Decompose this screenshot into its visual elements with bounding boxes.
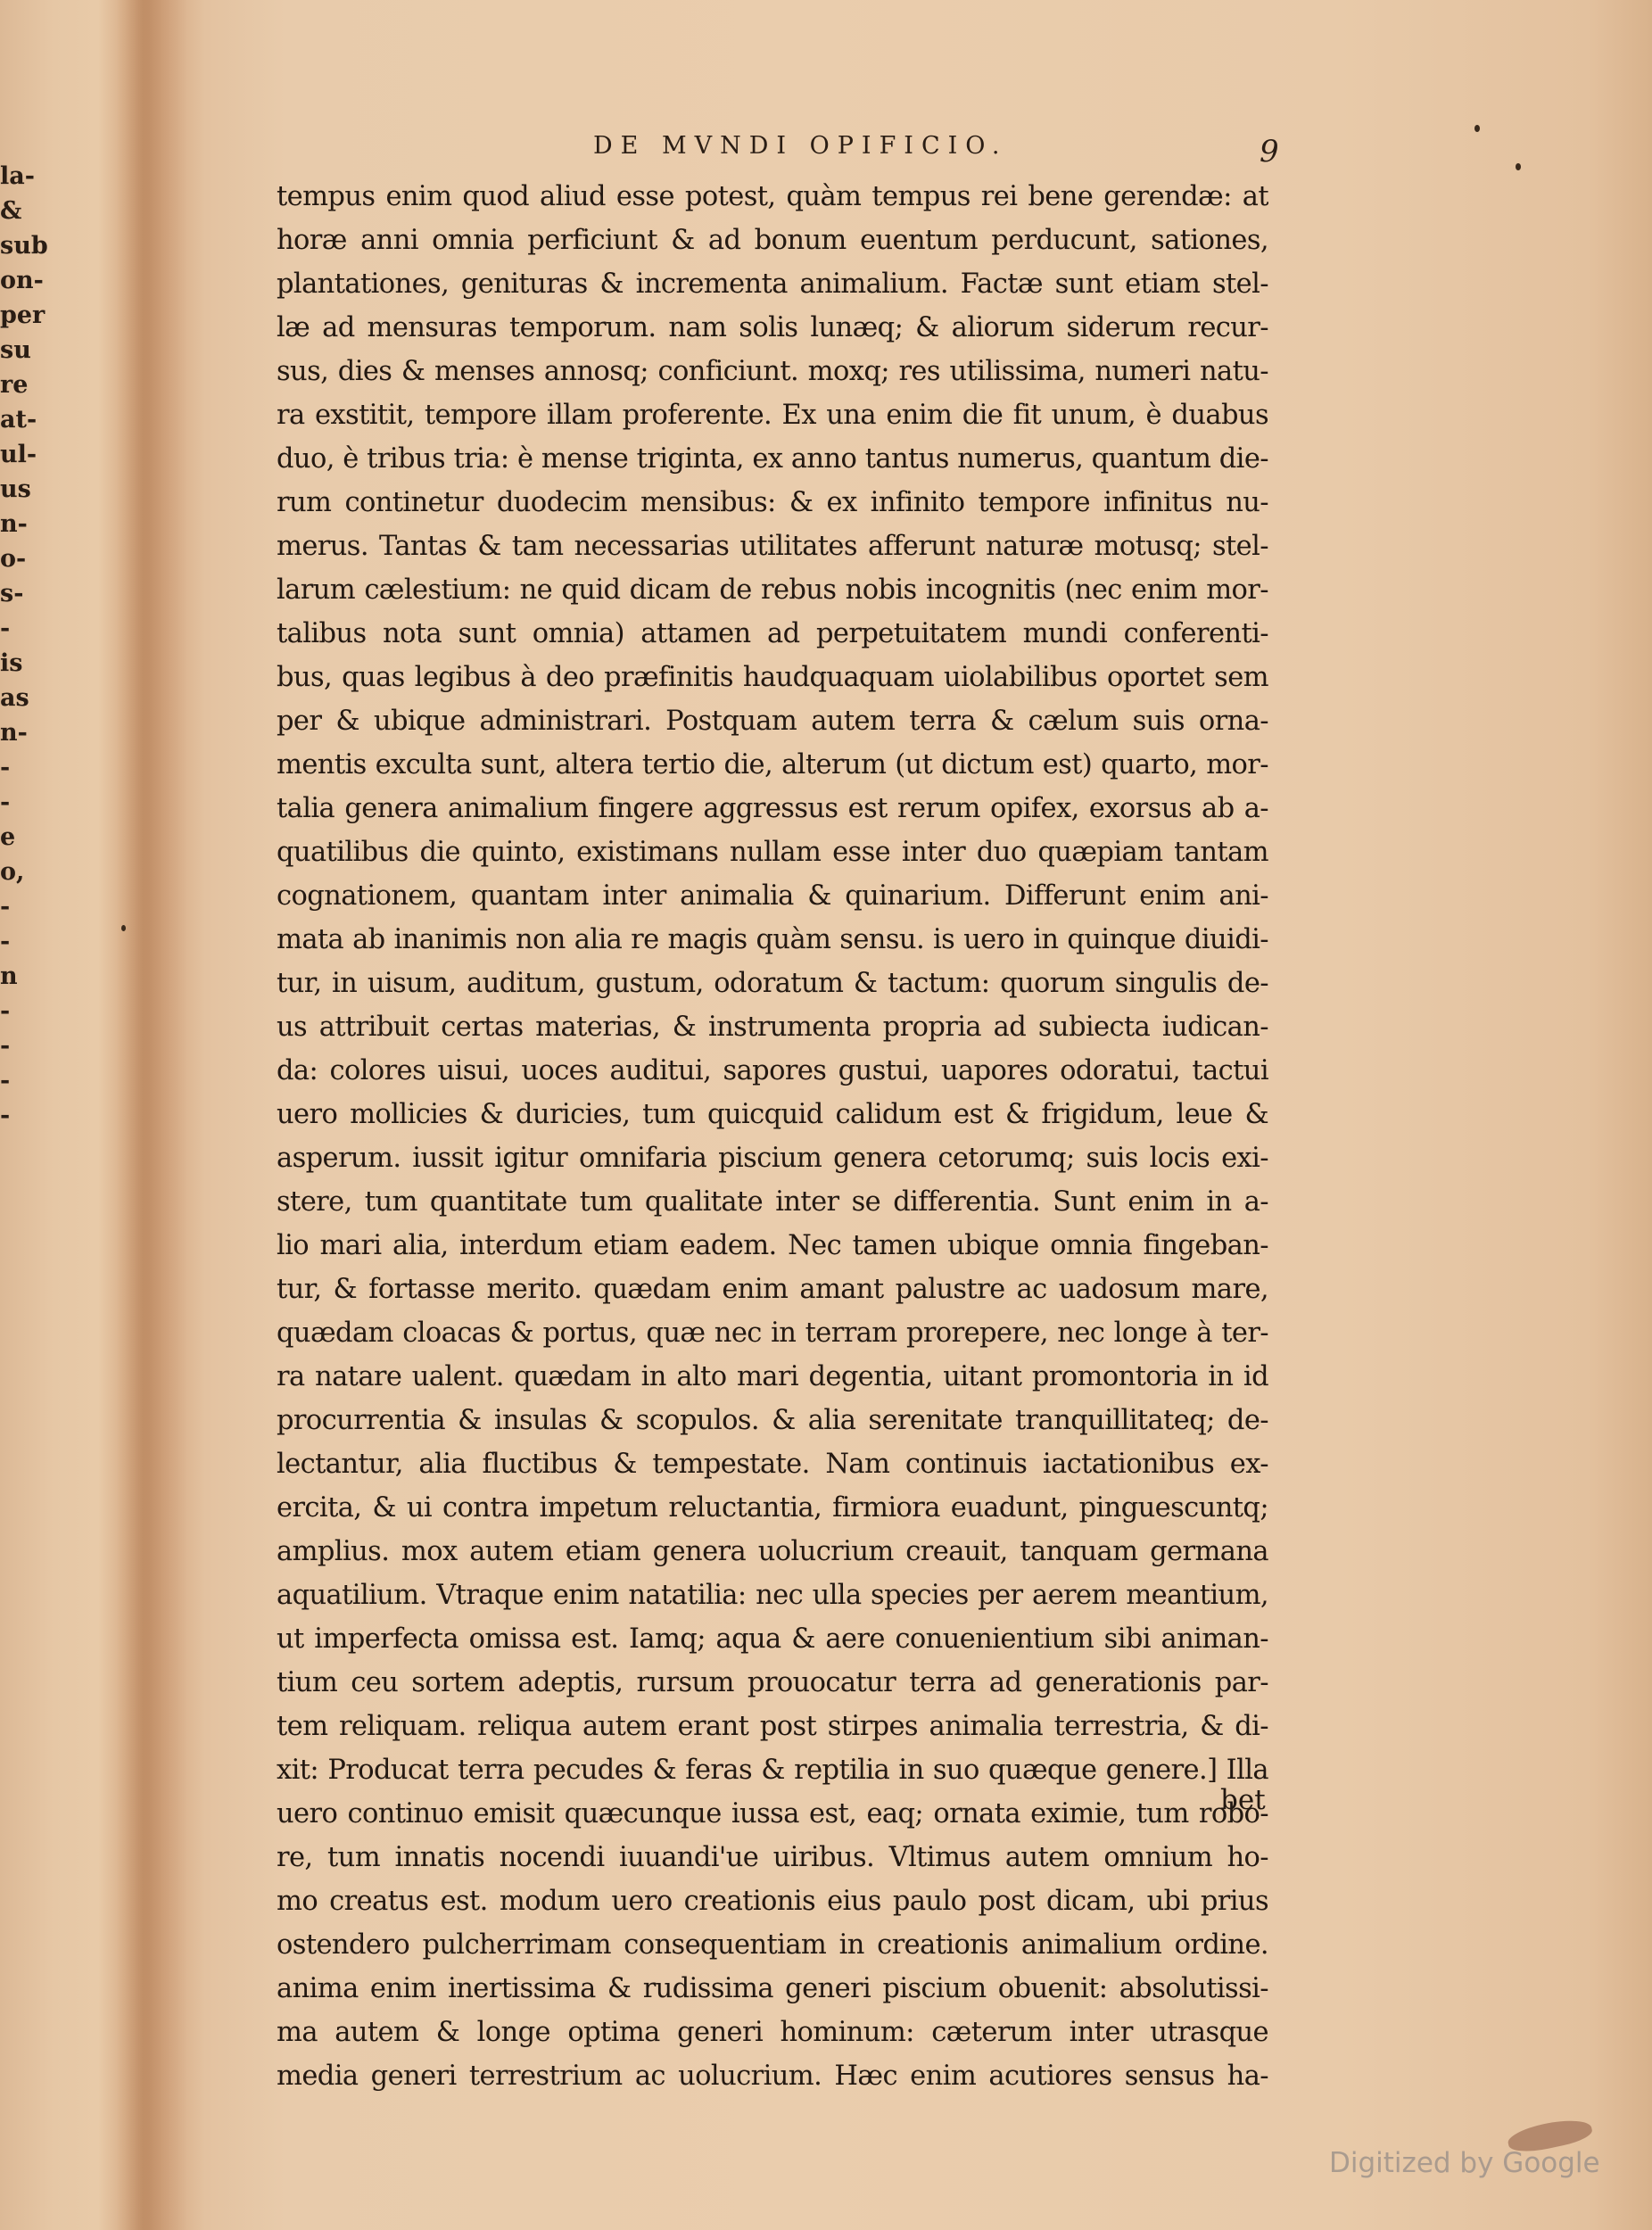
text-line: ut imperfecta omissa est. Iamq; aqua & a… — [277, 1617, 1268, 1661]
text-line: anima enim inertissima & rudissima gener… — [277, 1967, 1268, 2011]
margin-fragment: o, — [0, 855, 36, 889]
text-line: talia genera animalium fingere aggressus… — [277, 787, 1268, 830]
text-line: talibus nota sunt omnia) attamen ad perp… — [277, 612, 1268, 656]
ink-speck — [1516, 163, 1521, 170]
margin-fragment: n — [0, 959, 36, 994]
margin-fragment: - — [0, 994, 36, 1028]
body-text: tempus enim quod aliud esse potest, quàm… — [277, 175, 1268, 2098]
text-line: merus. Tantas & tam necessarias utilitat… — [277, 524, 1268, 568]
text-line: asperum. iussit igitur omnifaria piscium… — [277, 1136, 1268, 1180]
margin-fragment: on- — [0, 263, 36, 298]
margin-fragment: s- — [0, 576, 36, 611]
running-head: DE MVNDI OPIFICIO. — [593, 132, 1007, 160]
text-line: da: colores uisui, uoces auditui, sapore… — [277, 1049, 1268, 1093]
margin-fragment: o- — [0, 541, 36, 576]
margin-fragment: e — [0, 820, 36, 855]
margin-fragment: - — [0, 1028, 36, 1063]
text-line: ra natare ualent. quædam in alto mari de… — [277, 1355, 1268, 1399]
margin-fragment: - — [0, 924, 36, 959]
ink-speck — [1474, 125, 1480, 132]
text-line: ra exstitit, tempore illam proferente. E… — [277, 393, 1268, 437]
margin-fragment: ul- — [0, 437, 36, 472]
text-line: xit: Producat terra pecudes & feras & re… — [277, 1748, 1268, 1792]
margin-fragment: as — [0, 681, 36, 715]
page-number: 9 — [1260, 134, 1279, 169]
text-line: rum continetur duodecim mensibus: & ex i… — [277, 481, 1268, 524]
catchword: bet — [1220, 1784, 1266, 1816]
margin-fragment: - — [0, 611, 36, 646]
text-line: mentis exculta sunt, altera tertio die, … — [277, 743, 1268, 787]
margin-fragment: n- — [0, 507, 36, 541]
text-line: amplius. mox autem etiam genera uolucriu… — [277, 1530, 1268, 1573]
text-line: procurrentia & insulas & scopulos. & ali… — [277, 1399, 1268, 1442]
text-line: media generi terrestrium ac uolucrium. H… — [277, 2054, 1268, 2098]
text-line: uero continuo emisit quæcunque iussa est… — [277, 1792, 1268, 1836]
book-page: la-&subon-persureat-ul-usn-o-s--isasn---… — [0, 0, 1652, 2230]
text-line: re, tum innatis nocendi iuuandi'ue uirib… — [277, 1836, 1268, 1879]
text-line: tur, in uisum, auditum, gustum, odoratum… — [277, 962, 1268, 1005]
text-line: horæ anni omnia perficiunt & ad bonum eu… — [277, 219, 1268, 262]
text-line: aquatilium. Vtraque enim natatilia: nec … — [277, 1573, 1268, 1617]
text-line: quatilibus die quinto, existimans nullam… — [277, 830, 1268, 874]
text-line: per & ubique administrari. Postquam aute… — [277, 699, 1268, 743]
margin-fragment: per — [0, 298, 36, 333]
text-line: duo, è tribus tria: è mense triginta, ex… — [277, 437, 1268, 481]
margin-fragment: - — [0, 889, 36, 924]
text-line: mo creatus est. modum uero creationis ei… — [277, 1879, 1268, 1923]
text-line: tempus enim quod aliud esse potest, quàm… — [277, 175, 1268, 219]
text-line: tem reliquam. reliqua autem erant post s… — [277, 1705, 1268, 1748]
text-line: plantationes, genituras & incrementa ani… — [277, 262, 1268, 306]
text-line: quædam cloacas & portus, quæ nec in terr… — [277, 1311, 1268, 1355]
margin-fragment: - — [0, 1063, 36, 1098]
ink-speck — [121, 925, 126, 931]
text-line: ma autem & longe optima generi hominum: … — [277, 2011, 1268, 2054]
text-line: bus, quas legibus à deo præfinitis haudq… — [277, 656, 1268, 699]
text-line: larum cælestium: ne quid dicam de rebus … — [277, 568, 1268, 612]
digitized-by-google-watermark: Digitized by Google — [1329, 2147, 1600, 2179]
text-line: tur, & fortasse merito. quædam enim aman… — [277, 1268, 1268, 1311]
text-line: us attribuit certas materias, & instrume… — [277, 1005, 1268, 1049]
text-line: lio mari alia, interdum etiam eadem. Nec… — [277, 1224, 1268, 1268]
margin-fragment: re — [0, 368, 36, 402]
margin-fragment: la- — [0, 159, 36, 194]
text-line: lectantur, alia fluctibus & tempestate. … — [277, 1442, 1268, 1486]
text-line: stere, tum quantitate tum qualitate inte… — [277, 1180, 1268, 1224]
text-line: sus, dies & menses annosq; conficiunt. m… — [277, 350, 1268, 393]
text-line: ostendero pulcherrimam consequentiam in … — [277, 1923, 1268, 1967]
margin-fragment: n- — [0, 715, 36, 750]
gutter-shadow — [116, 0, 187, 2230]
margin-fragment: - — [0, 785, 36, 820]
margin-fragment: & — [0, 194, 36, 228]
text-line: mata ab inanimis non alia re magis quàm … — [277, 918, 1268, 962]
text-line: uero mollicies & duricies, tum quicquid … — [277, 1093, 1268, 1136]
margin-fragment: at- — [0, 402, 36, 437]
margin-fragment: su — [0, 333, 36, 368]
text-line: cognationem, quantam inter animalia & qu… — [277, 874, 1268, 918]
text-line: ercita, & ui contra impetum reluctantia,… — [277, 1486, 1268, 1530]
text-line: læ ad mensuras temporum. nam solis lunæq… — [277, 306, 1268, 350]
facing-page-margin-fragments: la-&subon-persureat-ul-usn-o-s--isasn---… — [0, 159, 36, 1133]
margin-fragment: is — [0, 646, 36, 681]
margin-fragment: sub — [0, 228, 36, 263]
margin-fragment: - — [0, 750, 36, 785]
margin-fragment: us — [0, 472, 36, 507]
text-line: tium ceu sortem adeptis, rursum prouocat… — [277, 1661, 1268, 1705]
margin-fragment: - — [0, 1098, 36, 1133]
